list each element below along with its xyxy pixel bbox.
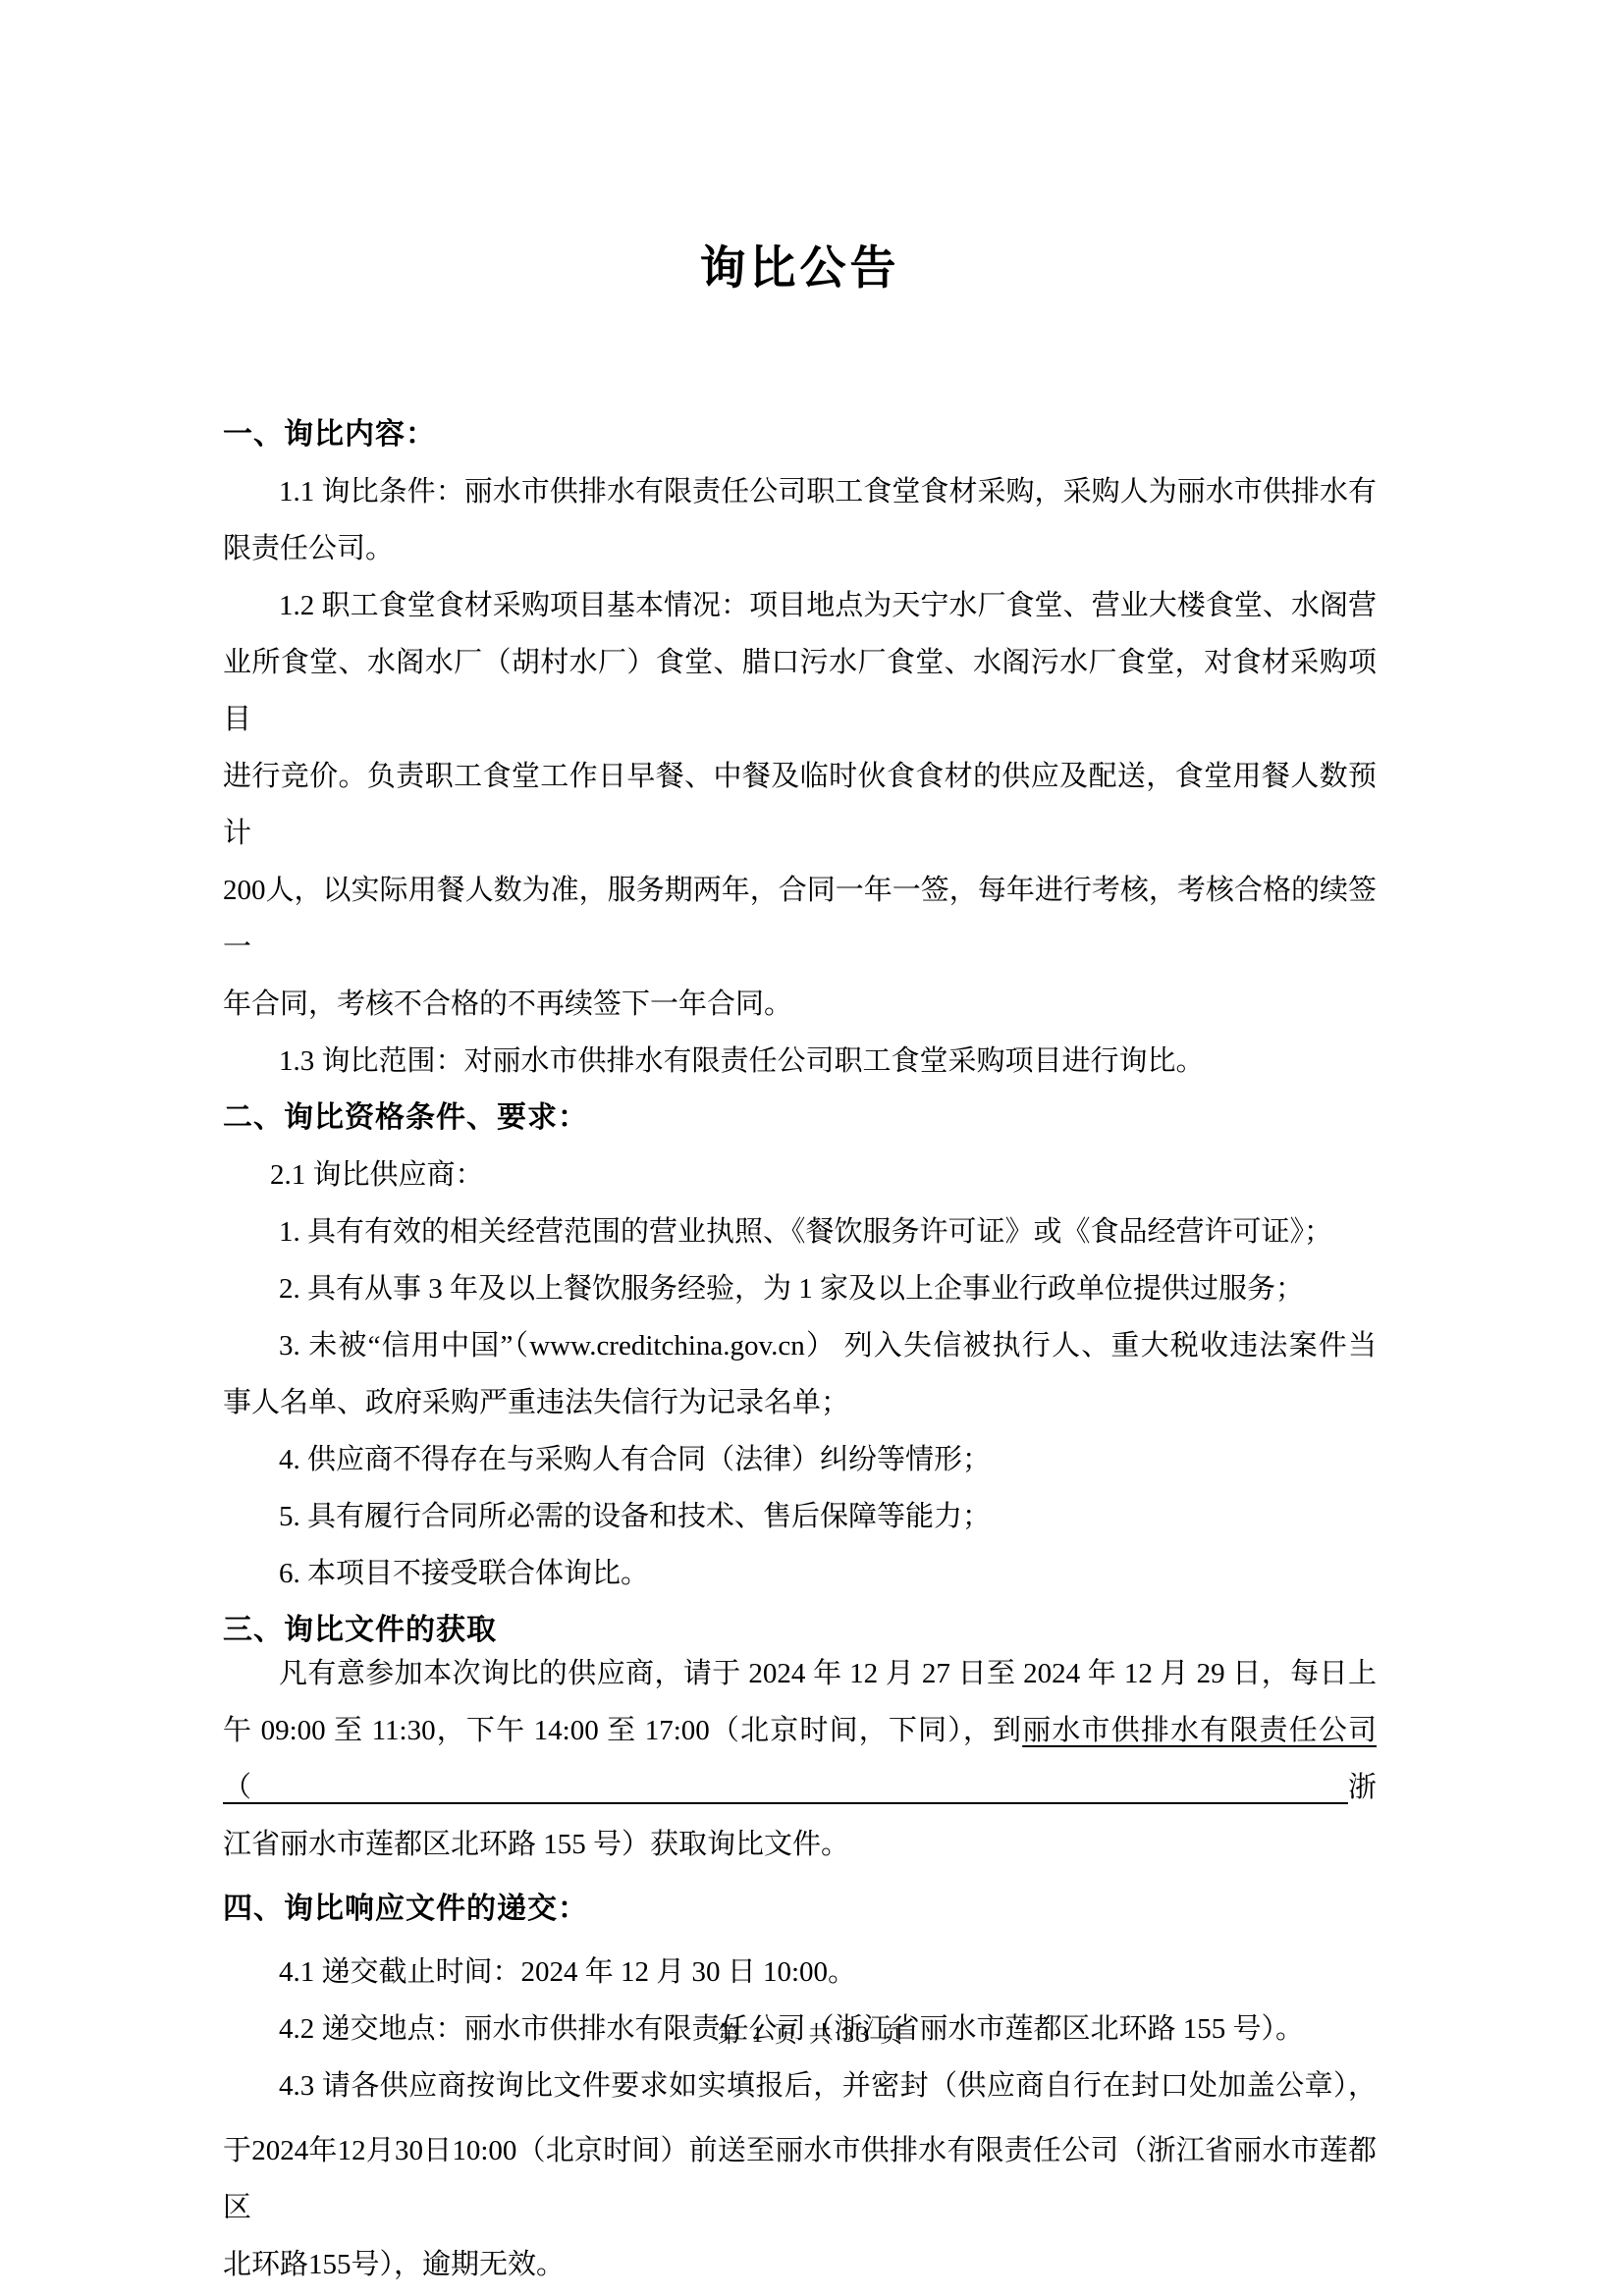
requirement-item-5: 5. 具有履行合同所必需的设备和技术、售后保障等能力； bbox=[223, 1488, 1377, 1545]
para-1-1-line-2: 限责任公司。 bbox=[223, 520, 1377, 577]
section-2-heading: 二、询比资格条件、要求： bbox=[223, 1090, 1377, 1147]
requirement-item-4: 4. 供应商不得存在与采购人有合同（法律）纠纷等情形； bbox=[223, 1431, 1377, 1488]
para-1-2-line-3: 进行竞价。负责职工食堂工作日早餐、中餐及临时伙食食材的供应及配送，食堂用餐人数预… bbox=[223, 748, 1377, 862]
para-3-line-1: 凡有意参加本次询比的供应商，请于 2024 年 12 月 27 日至 2024 … bbox=[223, 1645, 1377, 1702]
para-4-3-line-2: 于2024年12月30日10:00（北京时间）前送至丽水市供排水有限责任公司（浙… bbox=[223, 2122, 1377, 2236]
requirement-item-3-line-1: 3. 未被“信用中国”（www.creditchina.gov.cn） 列入失信… bbox=[223, 1317, 1377, 1374]
para-4-1: 4.1 递交截止时间：2024 年 12 月 30 日 10:00。 bbox=[223, 1944, 1377, 2001]
para-1-2-line-4: 200人，以实际用餐人数为准，服务期两年，合同一年一签，每年进行考核，考核合格的… bbox=[223, 862, 1377, 976]
para-1-2-line-5: 年合同，考核不合格的不再续签下一年合同。 bbox=[223, 976, 1377, 1033]
page-number: 第 1 页 共 33 页 bbox=[0, 2020, 1623, 2050]
para-4-3-line-1: 4.3 请各供应商按询比文件要求如实填报后，并密封（供应商自行在封口处加盖公章）… bbox=[223, 2057, 1377, 2114]
section-1-heading: 一、询比内容： bbox=[223, 406, 1377, 463]
para-2-1: 2.1 询比供应商： bbox=[223, 1147, 1377, 1203]
para-3-line-3: 江省丽水市莲都区北环路 155 号）获取询比文件。 bbox=[223, 1816, 1377, 1873]
requirement-item-3-line-2: 事人名单、政府采购严重违法失信行为记录名单； bbox=[223, 1374, 1377, 1431]
text-before-company: 午 09:00 至 11:30，下午 14:00 至 17:00（北京时间，下同… bbox=[223, 1715, 1022, 1746]
para-1-2-line-2: 业所食堂、水阁水厂（胡村水厂）食堂、腊口污水厂食堂、水阁污水厂食堂，对食材采购项… bbox=[223, 634, 1377, 748]
para-3-line-2: 午 09:00 至 11:30，下午 14:00 至 17:00（北京时间，下同… bbox=[223, 1702, 1377, 1816]
requirement-item-1: 1. 具有有效的相关经营范围的营业执照、《餐饮服务许可证》或《食品经营许可证》； bbox=[223, 1203, 1377, 1260]
section-4-heading: 四、询比响应文件的递交： bbox=[223, 1881, 1377, 1938]
requirement-item-2: 2. 具有从事 3 年及以上餐饮服务经验，为 1 家及以上企事业行政单位提供过服… bbox=[223, 1260, 1377, 1317]
para-4-3-line-3: 北环路155号），逾期无效。 bbox=[223, 2236, 1377, 2293]
text-after-company: 浙 bbox=[1348, 1772, 1377, 1803]
document-page: 询比公告 一、询比内容： 1.1 询比条件：丽水市供排水有限责任公司职工食堂食材… bbox=[0, 0, 1623, 2296]
para-1-3: 1.3 询比范围：对丽水市供排水有限责任公司职工食堂采购项目进行询比。 bbox=[223, 1033, 1377, 1090]
document-body: 询比公告 一、询比内容： 1.1 询比条件：丽水市供排水有限责任公司职工食堂食材… bbox=[223, 239, 1377, 2293]
para-1-1-line-1: 1.1 询比条件：丽水市供排水有限责任公司职工食堂食材采购，采购人为丽水市供排水… bbox=[223, 463, 1377, 520]
document-title: 询比公告 bbox=[223, 239, 1377, 299]
requirement-item-6: 6. 本项目不接受联合体询比。 bbox=[223, 1545, 1377, 1602]
para-1-2-line-1: 1.2 职工食堂食材采购项目基本情况：项目地点为天宁水厂食堂、营业大楼食堂、水阁… bbox=[223, 577, 1377, 634]
